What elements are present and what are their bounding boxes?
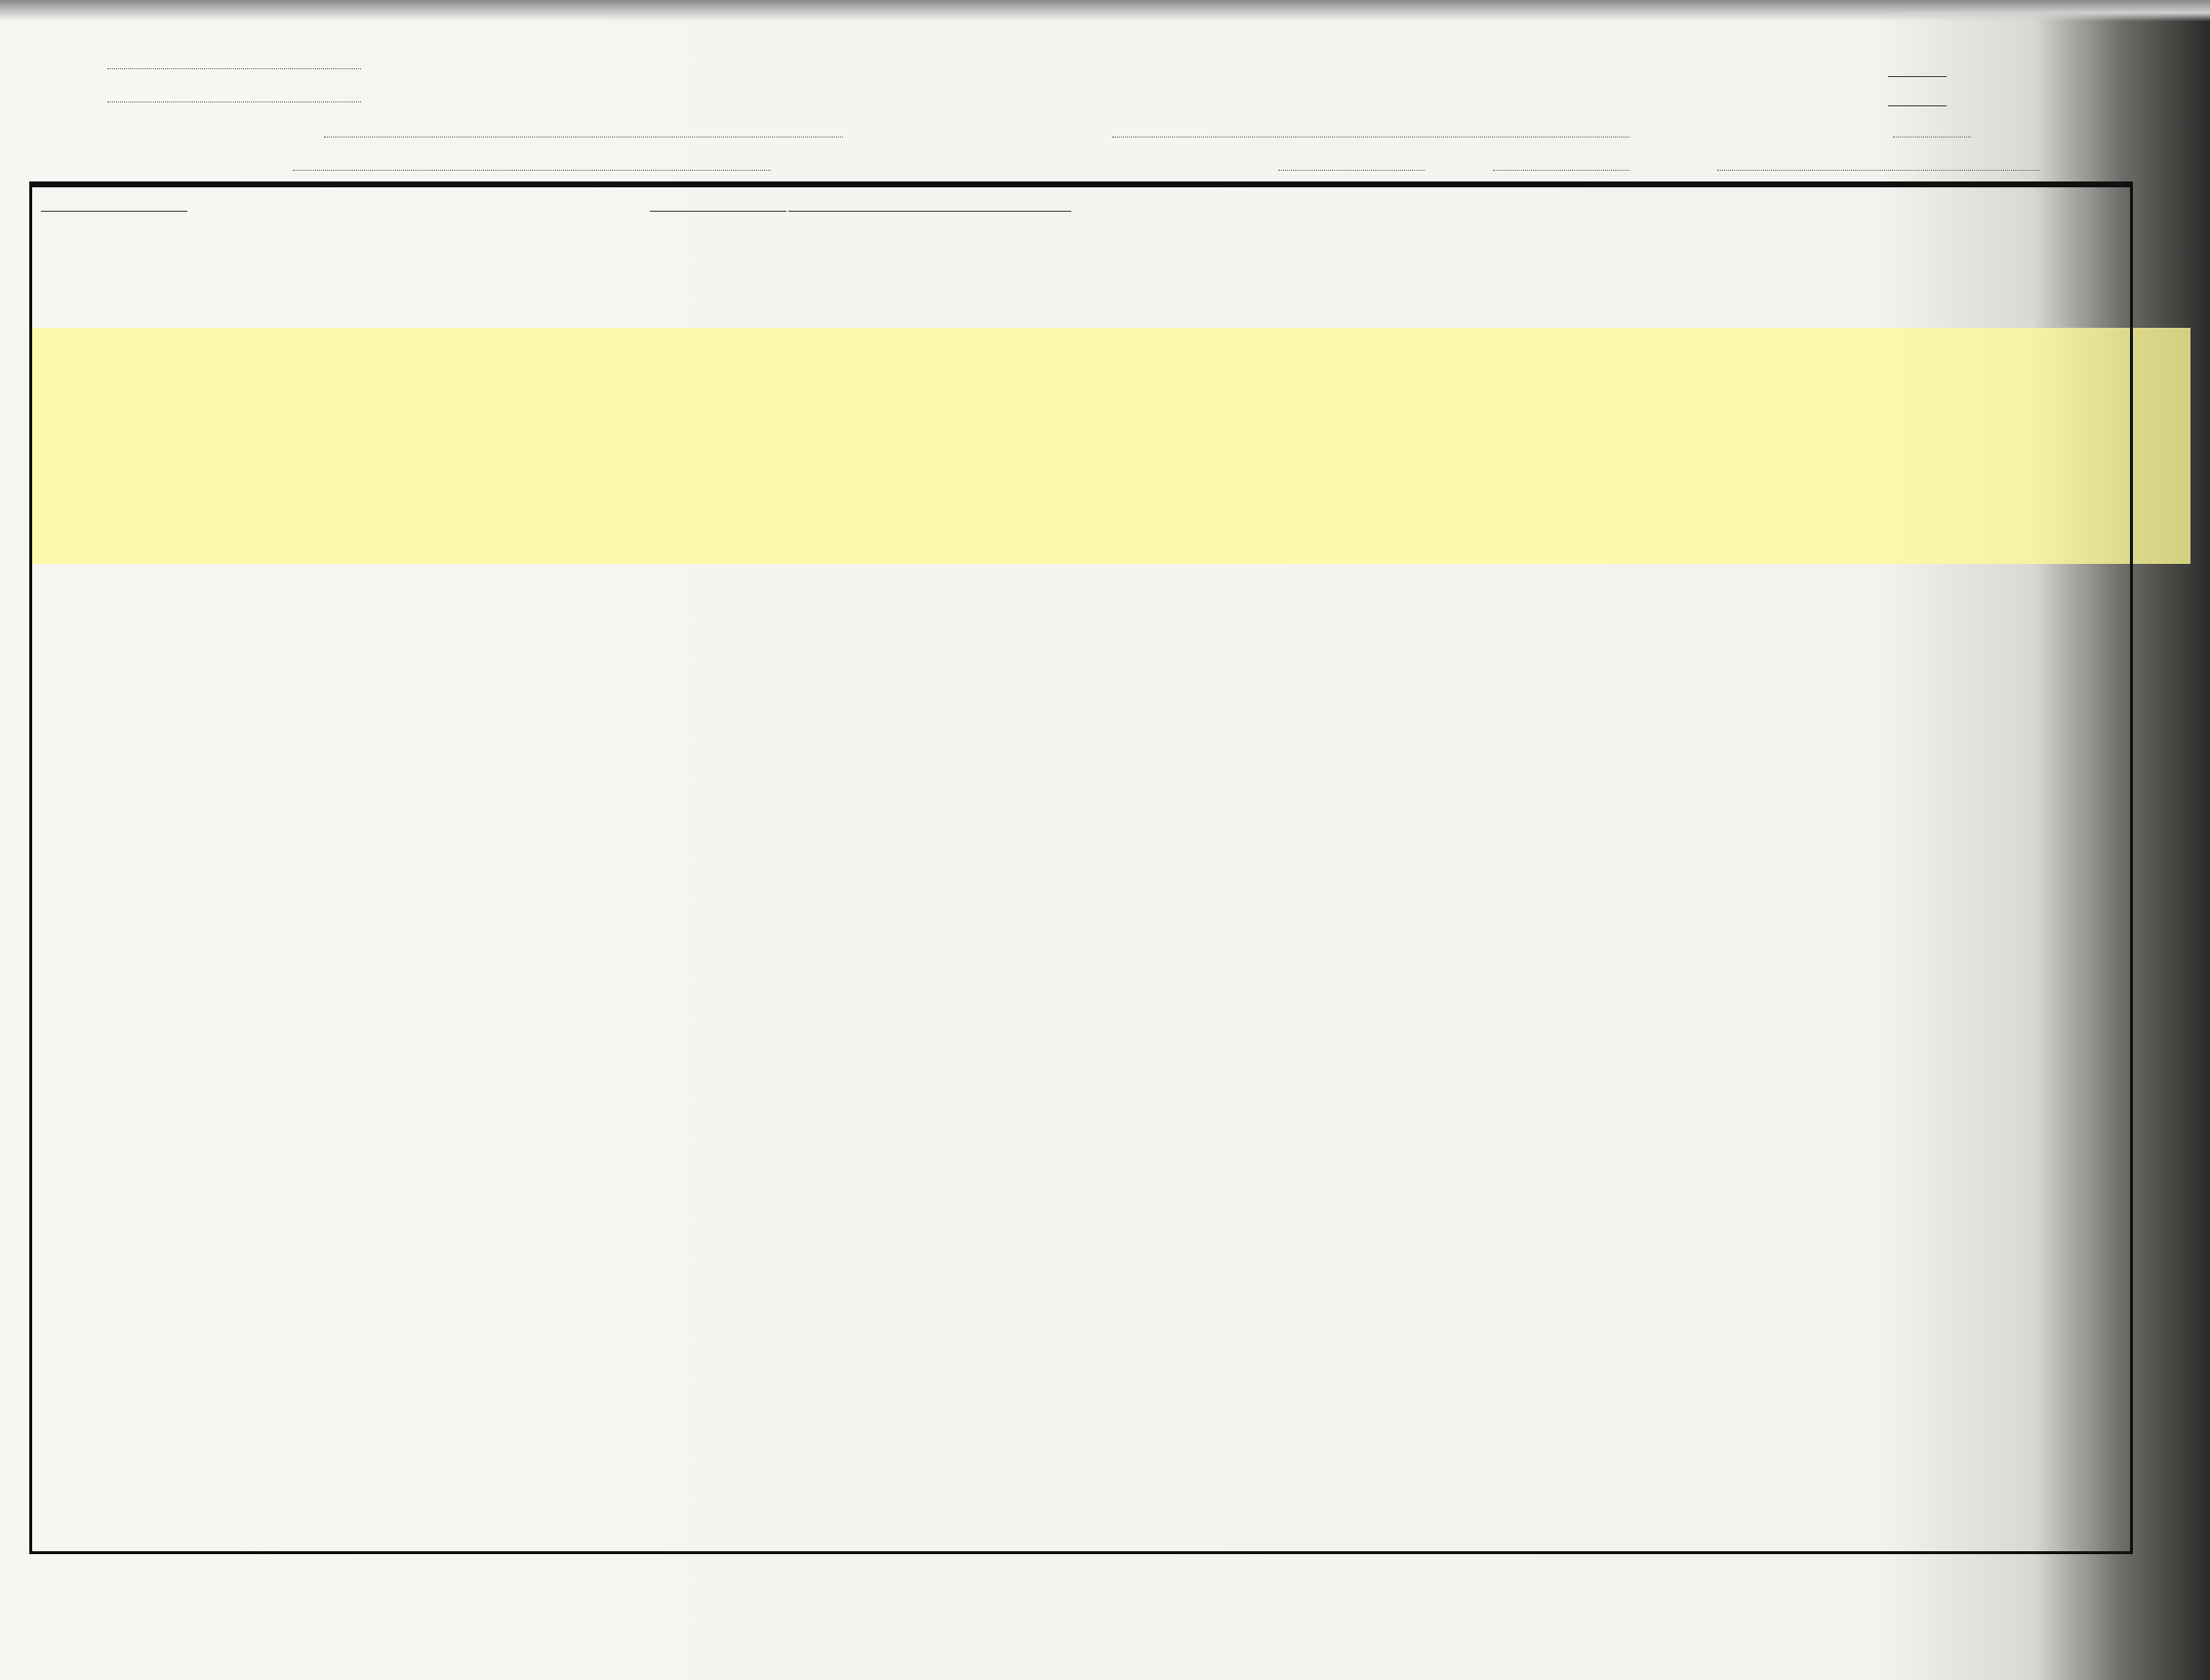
census-grid xyxy=(29,181,2133,1554)
group-location xyxy=(41,187,187,212)
scan-shadow xyxy=(0,0,2210,21)
group-relation xyxy=(650,187,786,212)
group-name xyxy=(191,187,650,211)
group-personal xyxy=(788,187,1071,212)
census-page xyxy=(0,0,2210,1680)
census-title xyxy=(603,70,623,108)
